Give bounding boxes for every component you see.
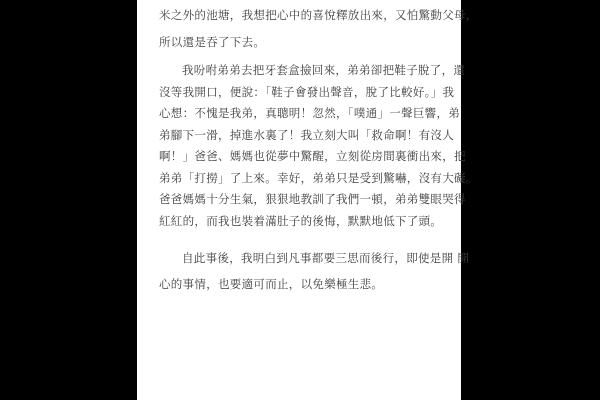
text-line: 米之外的池塘，我想把心中的喜悅釋放出來，又怕驚動父母，	[159, 2, 452, 29]
text-line: 沒等我開口，便說：「鞋子會發出聲音，脫了比較好。」我	[159, 82, 452, 104]
text-line: 啊！」爸爸、媽媽也從夢中驚醒，立刻從房間裏衝出來，把	[159, 146, 452, 168]
text-line: 自此事後，我明白到凡事都要三思而後行，即使是開 開	[159, 245, 452, 271]
paragraph: 自此事後，我明白到凡事都要三思而後行，即使是開 開 心的事情，也要適可而止，以免…	[159, 245, 452, 297]
text-line: 弟腳下一滑，掉進水裏了！我立刻大叫「救命啊！有沒人	[159, 125, 452, 147]
document-text-block: 米之外的池塘，我想把心中的喜悅釋放出來，又怕驚動父母， 所以還是吞了下去。 我吩…	[137, 0, 461, 297]
text-line: 爸爸媽媽十分生氣，狠狠地教訓了我們一頓，弟弟雙眼哭得	[159, 189, 452, 211]
text-line: 心的事情，也要適可而止，以免樂極生悲。	[159, 271, 452, 297]
text-line: 心想：不愧是我弟，真聰明！忽然，「噗通」一聲巨響，弟	[159, 103, 452, 125]
text-line: 紅紅的，而我也裝着滿肚子的後悔，默默地低下了頭。	[159, 211, 452, 233]
text-line: 我吩咐弟弟去把牙套盒撿回來，弟弟卻把鞋子脫了，還	[159, 60, 452, 82]
screenshot-stage: 米之外的池塘，我想把心中的喜悅釋放出來，又怕驚動父母， 所以還是吞了下去。 我吩…	[0, 0, 600, 400]
paragraph: 我吩咐弟弟去把牙套盒撿回來，弟弟卻把鞋子脫了，還 沒等我開口，便說：「鞋子會發出…	[159, 60, 452, 232]
text-line: 弟弟「打撈」了上來。幸好，弟弟只是受到驚嚇，沒有大礙。	[159, 168, 452, 190]
document-page: 米之外的池塘，我想把心中的喜悅釋放出來，又怕驚動父母， 所以還是吞了下去。 我吩…	[137, 0, 461, 400]
text-line: 所以還是吞了下去。	[159, 29, 452, 56]
paragraph: 米之外的池塘，我想把心中的喜悅釋放出來，又怕驚動父母， 所以還是吞了下去。	[159, 2, 452, 56]
